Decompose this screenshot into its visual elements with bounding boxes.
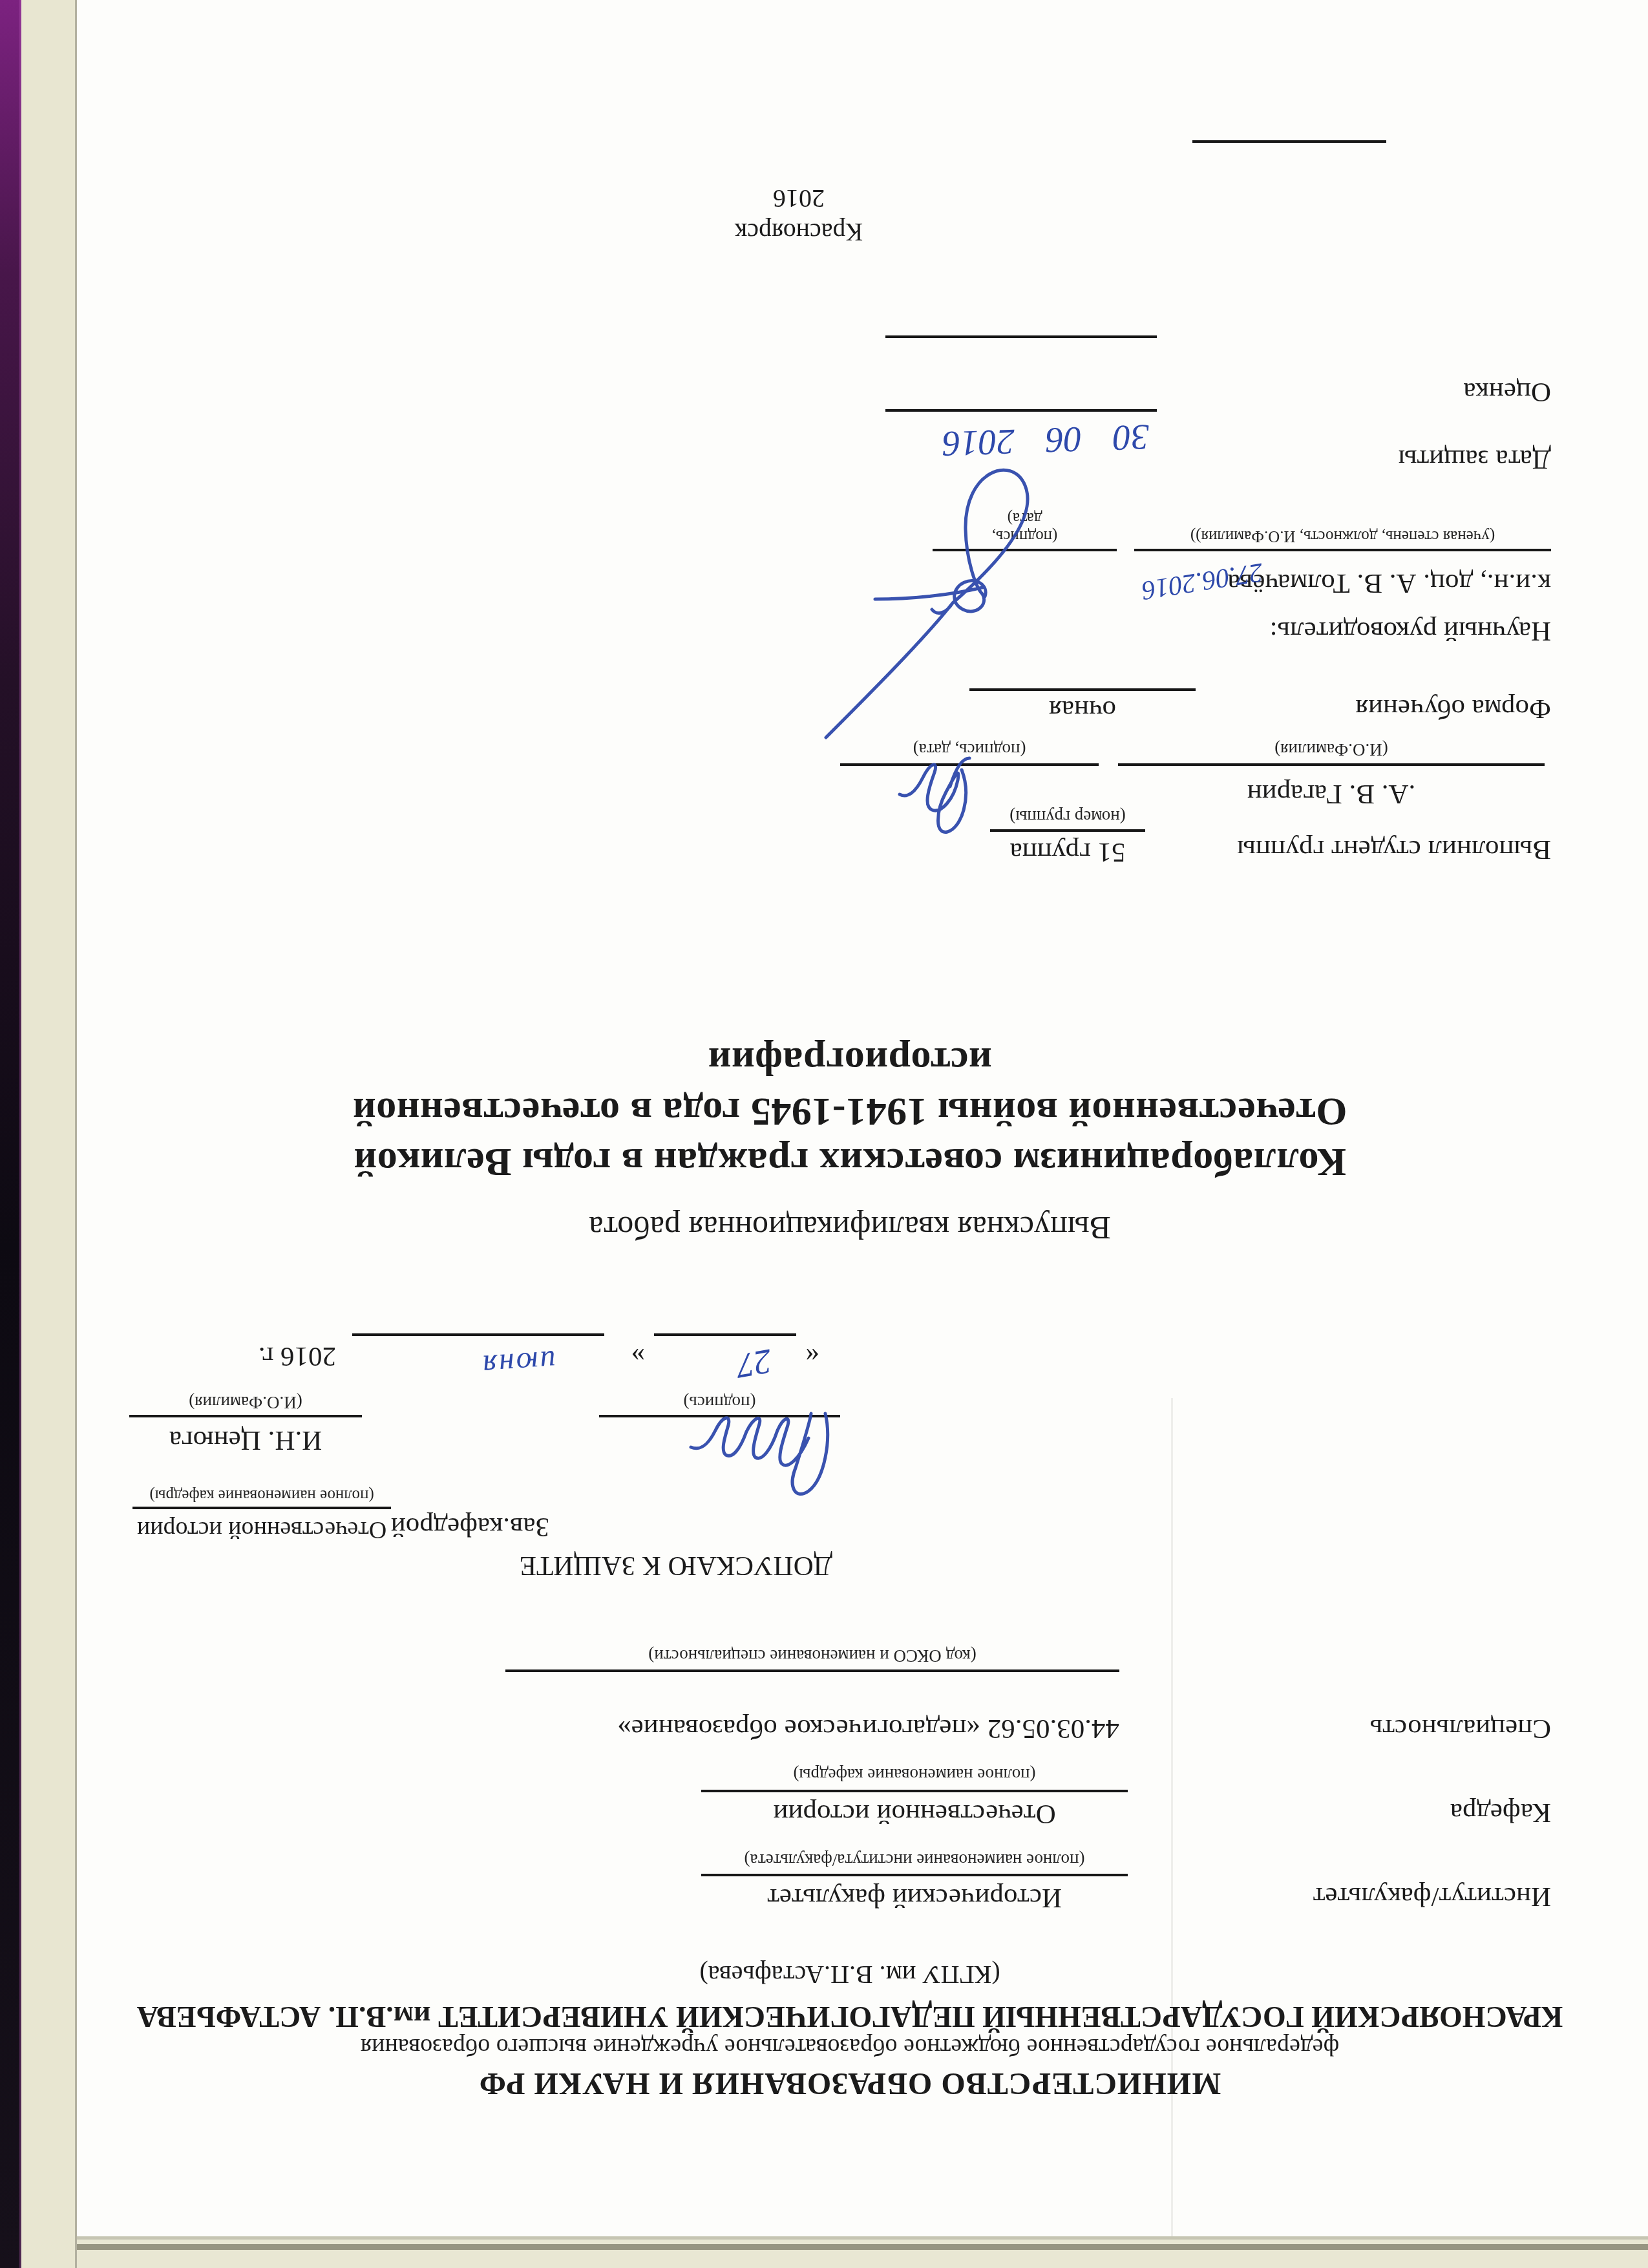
book-cover-cream-strip — [18, 0, 77, 2268]
thesis-title-line-3: историографии — [110, 1038, 1590, 1084]
date-quote-open: « — [806, 1341, 820, 1372]
supervisor-value: к.и.н., доц. А. В. Толмачёва — [1227, 567, 1551, 599]
institute-value: Исторический факультет — [701, 1874, 1128, 1914]
defense-date-label: Дата защиты — [1399, 443, 1551, 475]
year-line: 2016 — [670, 184, 928, 214]
student-signature-ink — [872, 755, 995, 842]
student-name-caption: (И.О.Фамилия) — [1118, 739, 1545, 759]
department-label: Кафедра — [1450, 1797, 1551, 1828]
education-form-label: Форма обучения — [1355, 693, 1551, 725]
grade-label: Оценка — [1464, 376, 1552, 408]
institute-caption: (полное наименование института/факультет… — [701, 1850, 1128, 1870]
admission-allow-line: ДОПУСКАЮ К ЗАЩИТЕ — [520, 1550, 832, 1582]
scanner-bed-cream-band — [0, 2238, 1648, 2268]
head-name-value: И.Н. Ценюга — [129, 1415, 362, 1456]
head-signature-caption: (подпись) — [599, 1392, 840, 1412]
speciality-value: 44.03.05.62 «педагогическое образование» — [617, 1713, 1119, 1744]
speciality-blank-line — [505, 1669, 1119, 1672]
group-value: 51 группа — [990, 829, 1145, 868]
speciality-label: Специальность — [1370, 1713, 1551, 1744]
head-department-caption: (полное наименование кафедры) — [132, 1486, 391, 1504]
scanned-title-page: МИНИСТЕРСТВО ОБРАЗОВАНИЯ И НАУКИ РФ феде… — [0, 0, 1648, 2268]
supervisor-label: Научный руководитель: — [1270, 615, 1551, 647]
date-month-handwritten: июня — [480, 1343, 557, 1384]
supervisor-signature-ink — [821, 458, 1079, 743]
defense-date-handwritten: 30 06 2016 — [942, 416, 1150, 464]
date-day-line — [654, 1333, 796, 1336]
department-value: Отечественной истории — [701, 1790, 1128, 1830]
university-short-line: (КГПУ им. В.П.Астафьева) — [52, 1960, 1648, 1990]
thesis-title-line-1: Коллаборацинизм советских граждан в годы… — [110, 1139, 1590, 1185]
thesis-title-line-2: Отечественной войны 1941-1945 года в оте… — [110, 1088, 1590, 1134]
performed-by-label: Выполнил студент группы — [1237, 834, 1551, 865]
date-year-printed: 2016 г. — [259, 1341, 336, 1372]
student-name-value: .А. В. Гагарин — [1118, 763, 1545, 810]
page-stack-shadow-line — [0, 2244, 1648, 2250]
head-of-department-label: Зав.кафедрой — [391, 1511, 549, 1543]
work-type-line: Выпускная квалификационная работа — [52, 1209, 1648, 1247]
supervisor-name-line — [1134, 549, 1551, 551]
federal-institution-line: федеральное государственное бюджетное об… — [52, 2033, 1648, 2061]
scan-crease — [1171, 1398, 1173, 2238]
scanner-edge-black-strip — [0, 0, 21, 2268]
page-edge-line — [0, 2236, 1648, 2240]
speciality-caption: (код ОКСО и наименование специальности) — [505, 1646, 1119, 1666]
university-line: КРАСНОЯРСКИЙ ГОСУДАРСТВЕННЫЙ ПЕДАГОГИЧЕС… — [52, 2000, 1648, 2034]
defense-date-line — [885, 409, 1157, 412]
ministry-line: МИНИСТЕРСТВО ОБРАЗОВАНИЯ И НАУКИ РФ — [52, 2066, 1648, 2101]
institute-label: Институт/факультет — [1313, 1881, 1551, 1913]
blank-line — [1192, 140, 1386, 143]
department-caption: (полное наименование кафедры) — [701, 1765, 1128, 1785]
document-sheet-rotated-180: МИНИСТЕРСТВО ОБРАЗОВАНИЯ И НАУКИ РФ феде… — [0, 0, 1648, 2268]
city-line: Красноярск — [670, 217, 928, 248]
head-department-value: Отечественной истории — [132, 1507, 391, 1544]
date-day-handwritten: 27 — [734, 1341, 775, 1386]
date-quote-close: » — [631, 1341, 646, 1372]
grade-line — [885, 335, 1157, 338]
supervisor-degree-caption: (ученая степень, должность, И.О.Фамилия)… — [1134, 527, 1551, 545]
head-signature-ink — [611, 1408, 837, 1505]
head-name-caption: (И.О.Фамилия) — [129, 1392, 362, 1412]
date-month-line — [352, 1333, 604, 1336]
